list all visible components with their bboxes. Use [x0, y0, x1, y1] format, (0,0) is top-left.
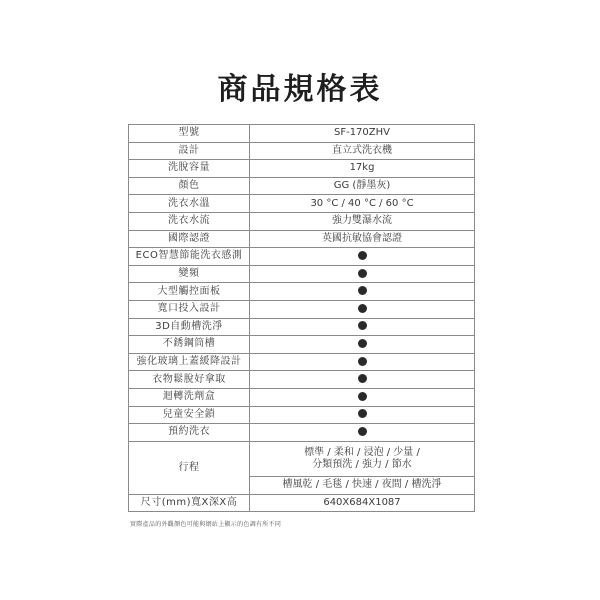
spec-row: 變頻: [129, 265, 475, 283]
spec-label: 3D自動槽洗淨: [129, 318, 250, 336]
spec-value: 強力雙瀑水流: [250, 212, 475, 230]
program-value-primary: 標準 / 柔和 / 浸泡 / 少量 /分類預洗 / 強力 / 節水: [250, 441, 475, 476]
spec-label: 顏色: [129, 177, 250, 195]
program-row: 行程標準 / 柔和 / 浸泡 / 少量 /分類預洗 / 強力 / 節水: [129, 441, 475, 476]
filled-circle-icon: [358, 304, 367, 313]
spec-label: 寬口投入設計: [129, 300, 250, 318]
program-label: 行程: [129, 441, 250, 494]
spec-row: 大型觸控面板: [129, 283, 475, 301]
spec-row: 國際認證英國抗敏協會認證: [129, 230, 475, 248]
spec-row: 洗衣水流強力雙瀑水流: [129, 212, 475, 230]
spec-row: 型號SF-170ZHV: [129, 125, 475, 143]
spec-label: 不銹鋼筒槽: [129, 336, 250, 354]
filled-circle-icon: [358, 321, 367, 330]
spec-row: 強化玻璃上蓋緩降設計: [129, 353, 475, 371]
spec-label: 變頻: [129, 265, 250, 283]
spec-label: 國際認證: [129, 230, 250, 248]
spec-value: 直立式洗衣機: [250, 142, 475, 160]
program-line-1: 標準 / 柔和 / 浸泡 / 少量 /: [250, 447, 474, 459]
program-line-2: 分類預洗 / 強力 / 節水: [250, 459, 474, 471]
spec-label: 大型觸控面板: [129, 283, 250, 301]
spec-value-supported: [250, 353, 475, 371]
spec-row: 設計直立式洗衣機: [129, 142, 475, 160]
program-value-secondary: 槽風乾 / 毛毯 / 快速 / 夜間 / 槽洗淨: [250, 476, 475, 494]
spec-value-supported: [250, 318, 475, 336]
spec-value: 30 °C / 40 °C / 60 °C: [250, 195, 475, 213]
spec-label: 預約洗衣: [129, 424, 250, 442]
spec-value-supported: [250, 265, 475, 283]
spec-value-supported: [250, 336, 475, 354]
color-disclaimer-note: 實際產品的外觀顏色可能與網站上顯示的色調有所不同: [130, 519, 281, 528]
spec-row: 兒童安全鎖: [129, 406, 475, 424]
spec-row: 衣物鬆脫好拿取: [129, 371, 475, 389]
filled-circle-icon: [358, 251, 367, 260]
filled-circle-icon: [358, 269, 367, 278]
filled-circle-icon: [358, 286, 367, 295]
spec-row: 顏色GG (靜墨灰): [129, 177, 475, 195]
spec-value: 17kg: [250, 160, 475, 178]
spec-value-supported: [250, 371, 475, 389]
spec-label: 設計: [129, 142, 250, 160]
size-row: 尺寸(mm)寬X深X高640X684X1087: [129, 494, 475, 512]
spec-value-supported: [250, 388, 475, 406]
page-title: 商品規格表: [0, 70, 600, 110]
spec-row: 不銹鋼筒槽: [129, 336, 475, 354]
spec-value-supported: [250, 283, 475, 301]
filled-circle-icon: [358, 374, 367, 383]
spec-value: GG (靜墨灰): [250, 177, 475, 195]
spec-row: 洗衣水溫30 °C / 40 °C / 60 °C: [129, 195, 475, 213]
spec-row: 寬口投入設計: [129, 300, 475, 318]
spec-label: ECO智慧節能洗衣感測: [129, 248, 250, 266]
spec-label: 迴轉洗劑盒: [129, 388, 250, 406]
spec-label: 型號: [129, 125, 250, 143]
spec-row: 預約洗衣: [129, 424, 475, 442]
spec-label: 強化玻璃上蓋緩降設計: [129, 353, 250, 371]
size-value: 640X684X1087: [250, 494, 475, 512]
spec-value: 英國抗敏協會認證: [250, 230, 475, 248]
spec-row: 3D自動槽洗淨: [129, 318, 475, 336]
spec-table-body: 型號SF-170ZHV設計直立式洗衣機洗脫容量17kg顏色GG (靜墨灰)洗衣水…: [129, 125, 475, 512]
spec-label: 衣物鬆脫好拿取: [129, 371, 250, 389]
spec-value-supported: [250, 248, 475, 266]
spec-label: 洗衣水溫: [129, 195, 250, 213]
spec-label: 兒童安全鎖: [129, 406, 250, 424]
spec-row: ECO智慧節能洗衣感測: [129, 248, 475, 266]
spec-table: 型號SF-170ZHV設計直立式洗衣機洗脫容量17kg顏色GG (靜墨灰)洗衣水…: [128, 124, 475, 512]
spec-label: 洗脫容量: [129, 160, 250, 178]
filled-circle-icon: [358, 427, 367, 436]
size-label: 尺寸(mm)寬X深X高: [129, 494, 250, 512]
spec-row: 洗脫容量17kg: [129, 160, 475, 178]
spec-value-supported: [250, 424, 475, 442]
spec-label: 洗衣水流: [129, 212, 250, 230]
spec-value: SF-170ZHV: [250, 125, 475, 143]
filled-circle-icon: [358, 409, 367, 418]
spec-value-supported: [250, 406, 475, 424]
filled-circle-icon: [358, 357, 367, 366]
filled-circle-icon: [358, 339, 367, 348]
filled-circle-icon: [358, 392, 367, 401]
spec-row: 迴轉洗劑盒: [129, 388, 475, 406]
spec-value-supported: [250, 300, 475, 318]
